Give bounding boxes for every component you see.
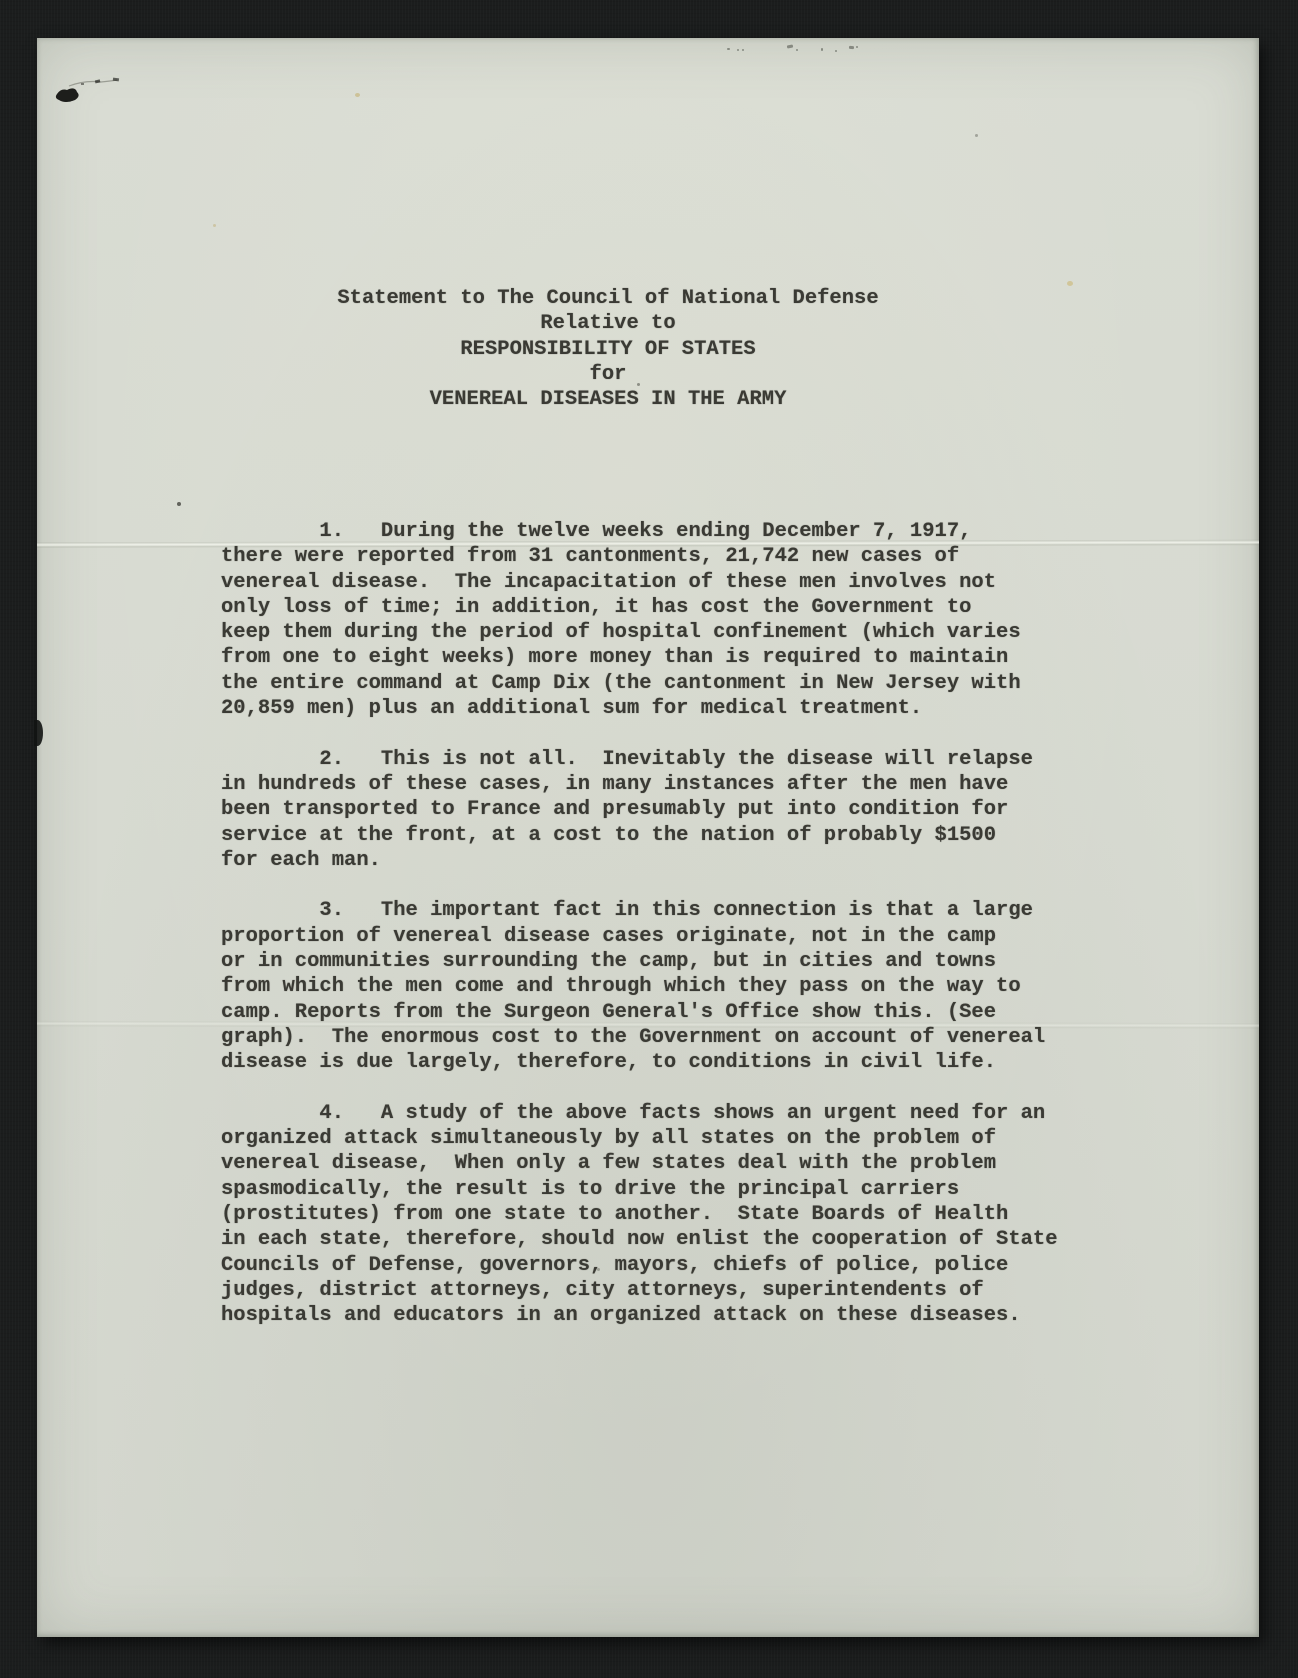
- paper-stain: [213, 224, 216, 227]
- text-line: 3. The important fact in this connection…: [221, 898, 1058, 923]
- text-line: there were reported from 31 cantonments,…: [221, 544, 1058, 569]
- text-line: spasmodically, the result is to drive th…: [221, 1177, 1058, 1202]
- paper-speck: [975, 134, 978, 137]
- text-line: Relative to: [37, 311, 1179, 336]
- text-line: 4. A study of the above facts shows an u…: [221, 1101, 1058, 1126]
- text-line: organized attack simultaneously by all s…: [221, 1126, 1058, 1151]
- paragraph-4: 4. A study of the above facts shows an u…: [221, 1101, 1058, 1329]
- document-page: Statement to The Council of National Def…: [37, 38, 1259, 1637]
- document-body: 1. During the twelve weeks ending Decemb…: [221, 519, 1058, 1354]
- text-line: Councils of Defense, governors, mayors, …: [221, 1253, 1058, 1278]
- paragraph-3: 3. The important fact in this connection…: [221, 898, 1058, 1075]
- text-line: venereal disease. The incapacitation of …: [221, 570, 1058, 595]
- paragraph-2: 2. This is not all. Inevitably the disea…: [221, 747, 1058, 873]
- text-line: in hundreds of these cases, in many inst…: [221, 772, 1058, 797]
- text-line: 1. During the twelve weeks ending Decemb…: [221, 519, 1058, 544]
- text-line: VENEREAL DISEASES IN THE ARMY: [37, 387, 1179, 412]
- text-line: hospitals and educators in an organized …: [221, 1303, 1058, 1328]
- text-line: RESPONSIBILITY OF STATES: [37, 337, 1179, 362]
- text-line: for each man.: [221, 848, 1058, 873]
- text-line: venereal disease, When only a few states…: [221, 1151, 1058, 1176]
- text-line: 2. This is not all. Inevitably the disea…: [221, 747, 1058, 772]
- text-line: the entire command at Camp Dix (the cant…: [221, 671, 1058, 696]
- text-line: service at the front, at a cost to the n…: [221, 823, 1058, 848]
- text-line: in each state, therefore, should now enl…: [221, 1227, 1058, 1252]
- text-line: judges, district attorneys, city attorne…: [221, 1278, 1058, 1303]
- text-line: camp. Reports from the Surgeon General's…: [221, 1000, 1058, 1025]
- text-line: from which the men come and through whic…: [221, 974, 1058, 999]
- text-line: or in communities surrounding the camp, …: [221, 949, 1058, 974]
- text-line: 20,859 men) plus an additional sum for m…: [221, 696, 1058, 721]
- scan-background: Statement to The Council of National Def…: [0, 0, 1298, 1678]
- pencil-tick-marks: [725, 40, 885, 56]
- text-line: (prostitutes) from one state to another.…: [221, 1202, 1058, 1227]
- text-line: graph). The enormous cost to the Governm…: [221, 1025, 1058, 1050]
- text-line: proportion of venereal disease cases ori…: [221, 924, 1058, 949]
- paragraph-1: 1. During the twelve weeks ending Decemb…: [221, 519, 1058, 721]
- text-line: Statement to The Council of National Def…: [37, 286, 1179, 311]
- text-line: disease is due largely, therefore, to co…: [221, 1050, 1058, 1075]
- document-title: Statement to The Council of National Def…: [37, 286, 1179, 412]
- text-line: for: [37, 362, 1179, 387]
- ink-blot-mark: [51, 72, 161, 108]
- text-line: only loss of time; in addition, it has c…: [221, 595, 1058, 620]
- text-line: been transported to France and presumabl…: [221, 797, 1058, 822]
- paper-speck: [177, 502, 181, 506]
- text-line: keep them during the period of hospital …: [221, 620, 1058, 645]
- paper-stain: [355, 93, 360, 97]
- text-line: from one to eight weeks) more money than…: [221, 645, 1058, 670]
- left-edge-mark: [34, 720, 43, 746]
